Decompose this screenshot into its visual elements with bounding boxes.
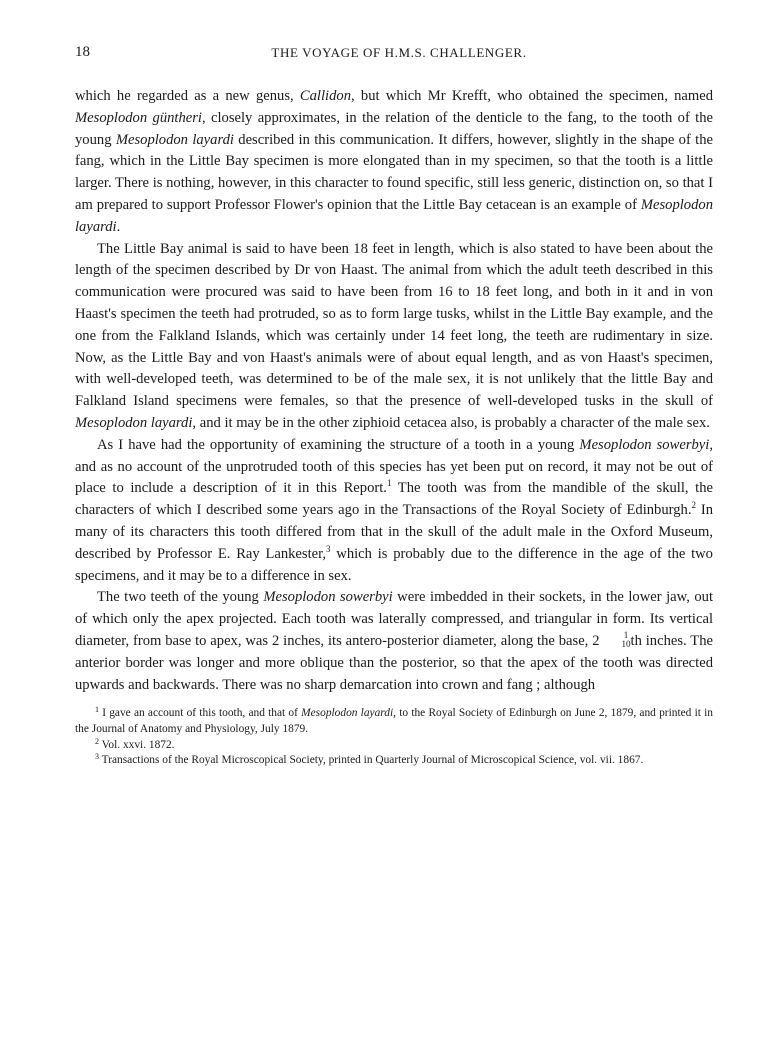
italic-taxon: Mesoplodon layardi xyxy=(75,197,713,235)
italic-taxon: Mesoplodon sowerbyi xyxy=(263,589,392,605)
footnote-marker: 2 xyxy=(95,737,99,746)
footnote-marker: 1 xyxy=(95,705,99,714)
document-page: 18 THE VOYAGE OF H.M.S. CHALLENGER. whic… xyxy=(75,44,713,769)
footnote: 1 I gave an account of this tooth, and t… xyxy=(75,706,713,737)
footnote-reference: 3 xyxy=(326,544,331,554)
paragraph: which he regarded as a new genus, Callid… xyxy=(75,86,713,239)
footnote: 2 Vol. xxvi. 1872. xyxy=(75,738,713,754)
italic-taxon: Mesoplodon layardi xyxy=(116,132,234,148)
footnotes: 1 I gave an account of this tooth, and t… xyxy=(75,706,713,768)
body-text: which he regarded as a new genus, Callid… xyxy=(75,86,713,696)
footnote-reference: 1 xyxy=(387,478,392,488)
footnote-marker: 3 xyxy=(95,752,99,761)
italic-taxon: Mesoplodon layardi xyxy=(75,415,192,431)
fraction: 110 xyxy=(600,631,631,649)
italic-taxon: Mesoplodon güntheri xyxy=(75,110,202,126)
page-header: 18 THE VOYAGE OF H.M.S. CHALLENGER. xyxy=(75,44,713,66)
footnote: 3 Transactions of the Royal Microscopica… xyxy=(75,753,713,769)
running-title: THE VOYAGE OF H.M.S. CHALLENGER. xyxy=(75,45,713,61)
paragraph: The two teeth of the young Mesoplodon so… xyxy=(75,587,713,696)
italic-taxon: Callidon xyxy=(300,88,351,104)
footnote-reference: 2 xyxy=(692,500,697,510)
italic-taxon: Mesoplodon layardi xyxy=(301,707,393,719)
italic-taxon: Mesoplodon sowerbyi xyxy=(579,437,709,453)
paragraph: The Little Bay animal is said to have be… xyxy=(75,239,713,435)
paragraph: As I have had the opportunity of examini… xyxy=(75,435,713,588)
